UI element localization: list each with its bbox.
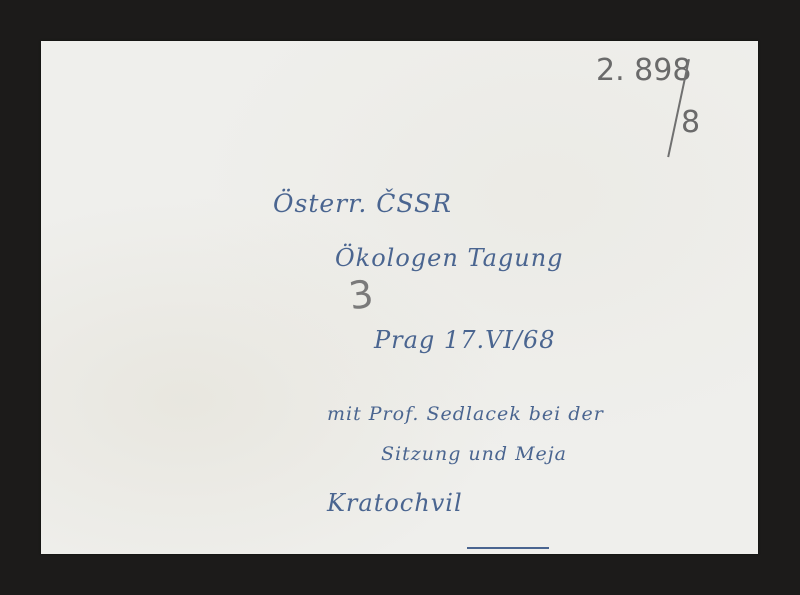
signature: Kratochvil: [327, 489, 463, 517]
archive-number: 2. 898: [596, 53, 691, 88]
note-line-4: mit Prof. Sedlacek bei der: [327, 403, 604, 425]
note-line-1: Österr. ČSSR: [273, 189, 452, 218]
archive-subnumber: 8: [681, 105, 700, 140]
signature-underline: [467, 547, 549, 549]
pencil-mark: 3: [346, 272, 376, 319]
note-line-5: Sitzung und Meja: [381, 443, 567, 465]
note-line-3: Prag 17.VI/68: [374, 326, 556, 354]
photo-back-card: 2. 898 8 Österr. ČSSR Ökologen Tagung 3 …: [41, 41, 758, 554]
note-line-2: Ökologen Tagung: [335, 244, 564, 272]
